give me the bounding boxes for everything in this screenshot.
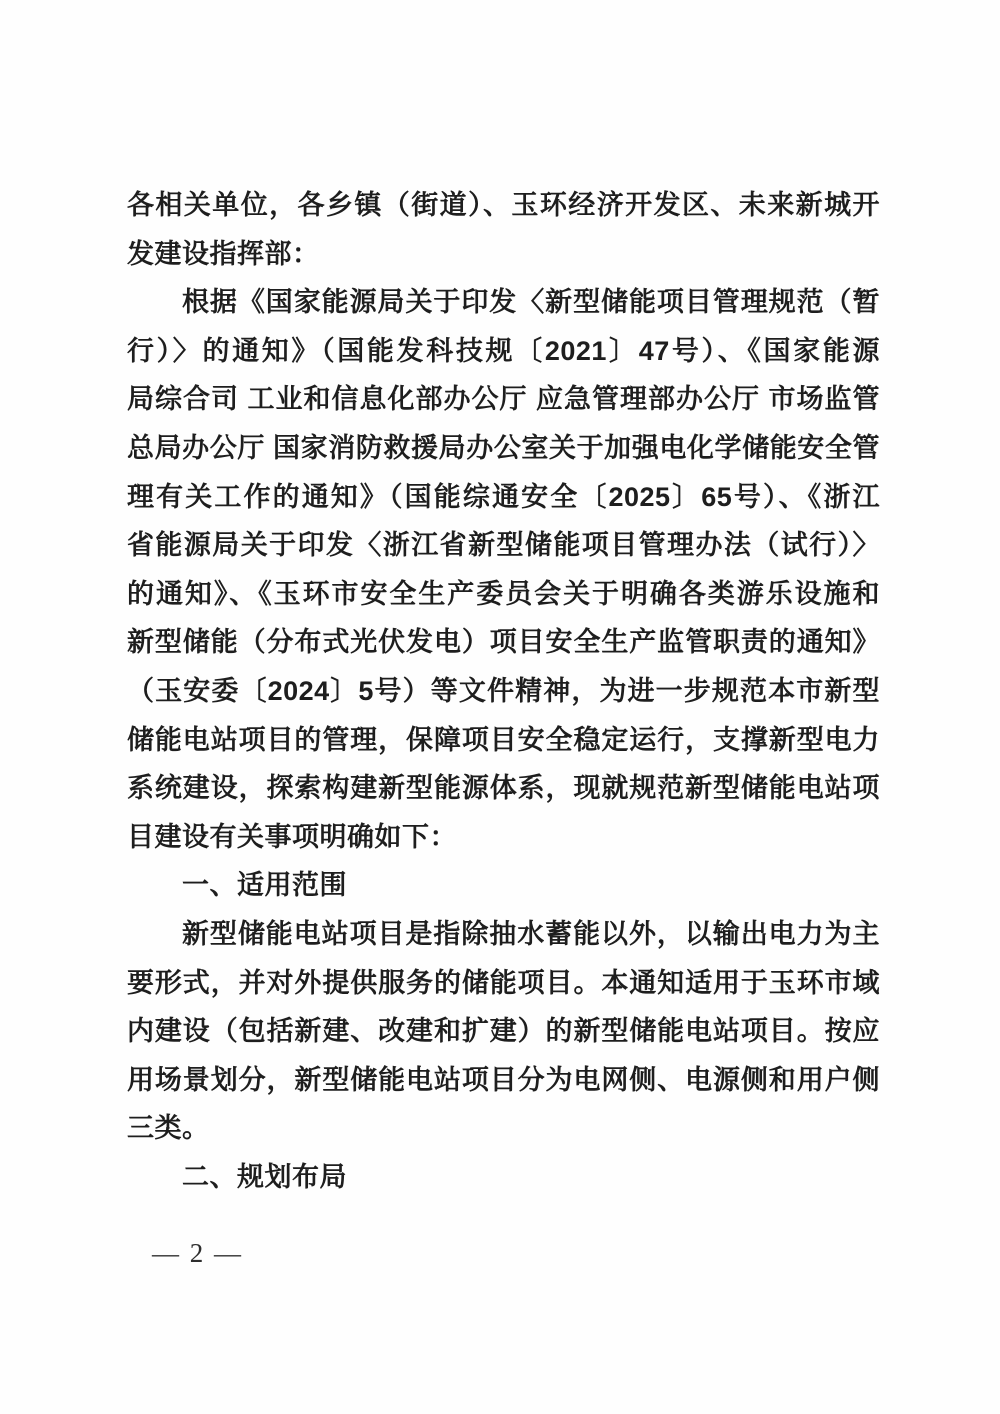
document-page: 各相关单位，各乡镇（街道）、玉环经济开发区、未来新城开 发建设指挥部： 根据《国… bbox=[0, 0, 1000, 1414]
body-line: 要形式，并对外提供服务的储能项目。本通知适用于玉环市域 bbox=[127, 959, 880, 1008]
page-number: — 2 — bbox=[152, 1238, 243, 1269]
body-line: 理有关工作的通知》（国能综通安全〔2025〕65号）、《浙江 bbox=[127, 473, 880, 522]
body-line: 根据《国家能源局关于印发〈新型储能项目管理规范（暂 bbox=[127, 278, 880, 327]
body-line: 各相关单位，各乡镇（街道）、玉环经济开发区、未来新城开 bbox=[127, 181, 880, 230]
body-line: 新型储能电站项目是指除抽水蓄能以外，以输出电力为主 bbox=[127, 910, 880, 959]
body-line: 储能电站项目的管理，保障项目安全稳定运行，支撑新型电力 bbox=[127, 716, 880, 765]
body-line: 用场景划分，新型储能电站项目分为电网侧、电源侧和用户侧 bbox=[127, 1056, 880, 1105]
body-line: 三类。 bbox=[127, 1104, 880, 1153]
body-line: 目建设有关事项明确如下： bbox=[127, 813, 880, 862]
body-line: 系统建设，探索构建新型能源体系，现就规范新型储能电站项 bbox=[127, 764, 880, 813]
body-line: 的通知》、《玉环市安全生产委员会关于明确各类游乐设施和 bbox=[127, 570, 880, 619]
body-line: （玉安委〔2024〕5号）等文件精神，为进一步规范本市新型 bbox=[127, 667, 880, 716]
body-line: 新型储能（分布式光伏发电）项目安全生产监管职责的通知》 bbox=[127, 618, 880, 667]
body-line: 行）〉的通知》（国能发科技规〔2021〕47号）、《国家能源 bbox=[127, 327, 880, 376]
section-heading: 二、规划布局 bbox=[127, 1153, 880, 1202]
section-heading: 一、适用范围 bbox=[127, 861, 880, 910]
document-body: 各相关单位，各乡镇（街道）、玉环经济开发区、未来新城开 发建设指挥部： 根据《国… bbox=[127, 181, 880, 1201]
body-line: 省能源局关于印发〈浙江省新型储能项目管理办法（试行）〉 bbox=[127, 521, 880, 570]
body-line: 内建设（包括新建、改建和扩建）的新型储能电站项目。按应 bbox=[127, 1007, 880, 1056]
body-line: 局综合司 工业和信息化部办公厅 应急管理部办公厅 市场监管 bbox=[127, 375, 880, 424]
body-line: 发建设指挥部： bbox=[127, 230, 880, 279]
body-line: 总局办公厅 国家消防救援局办公室关于加强电化学储能安全管 bbox=[127, 424, 880, 473]
